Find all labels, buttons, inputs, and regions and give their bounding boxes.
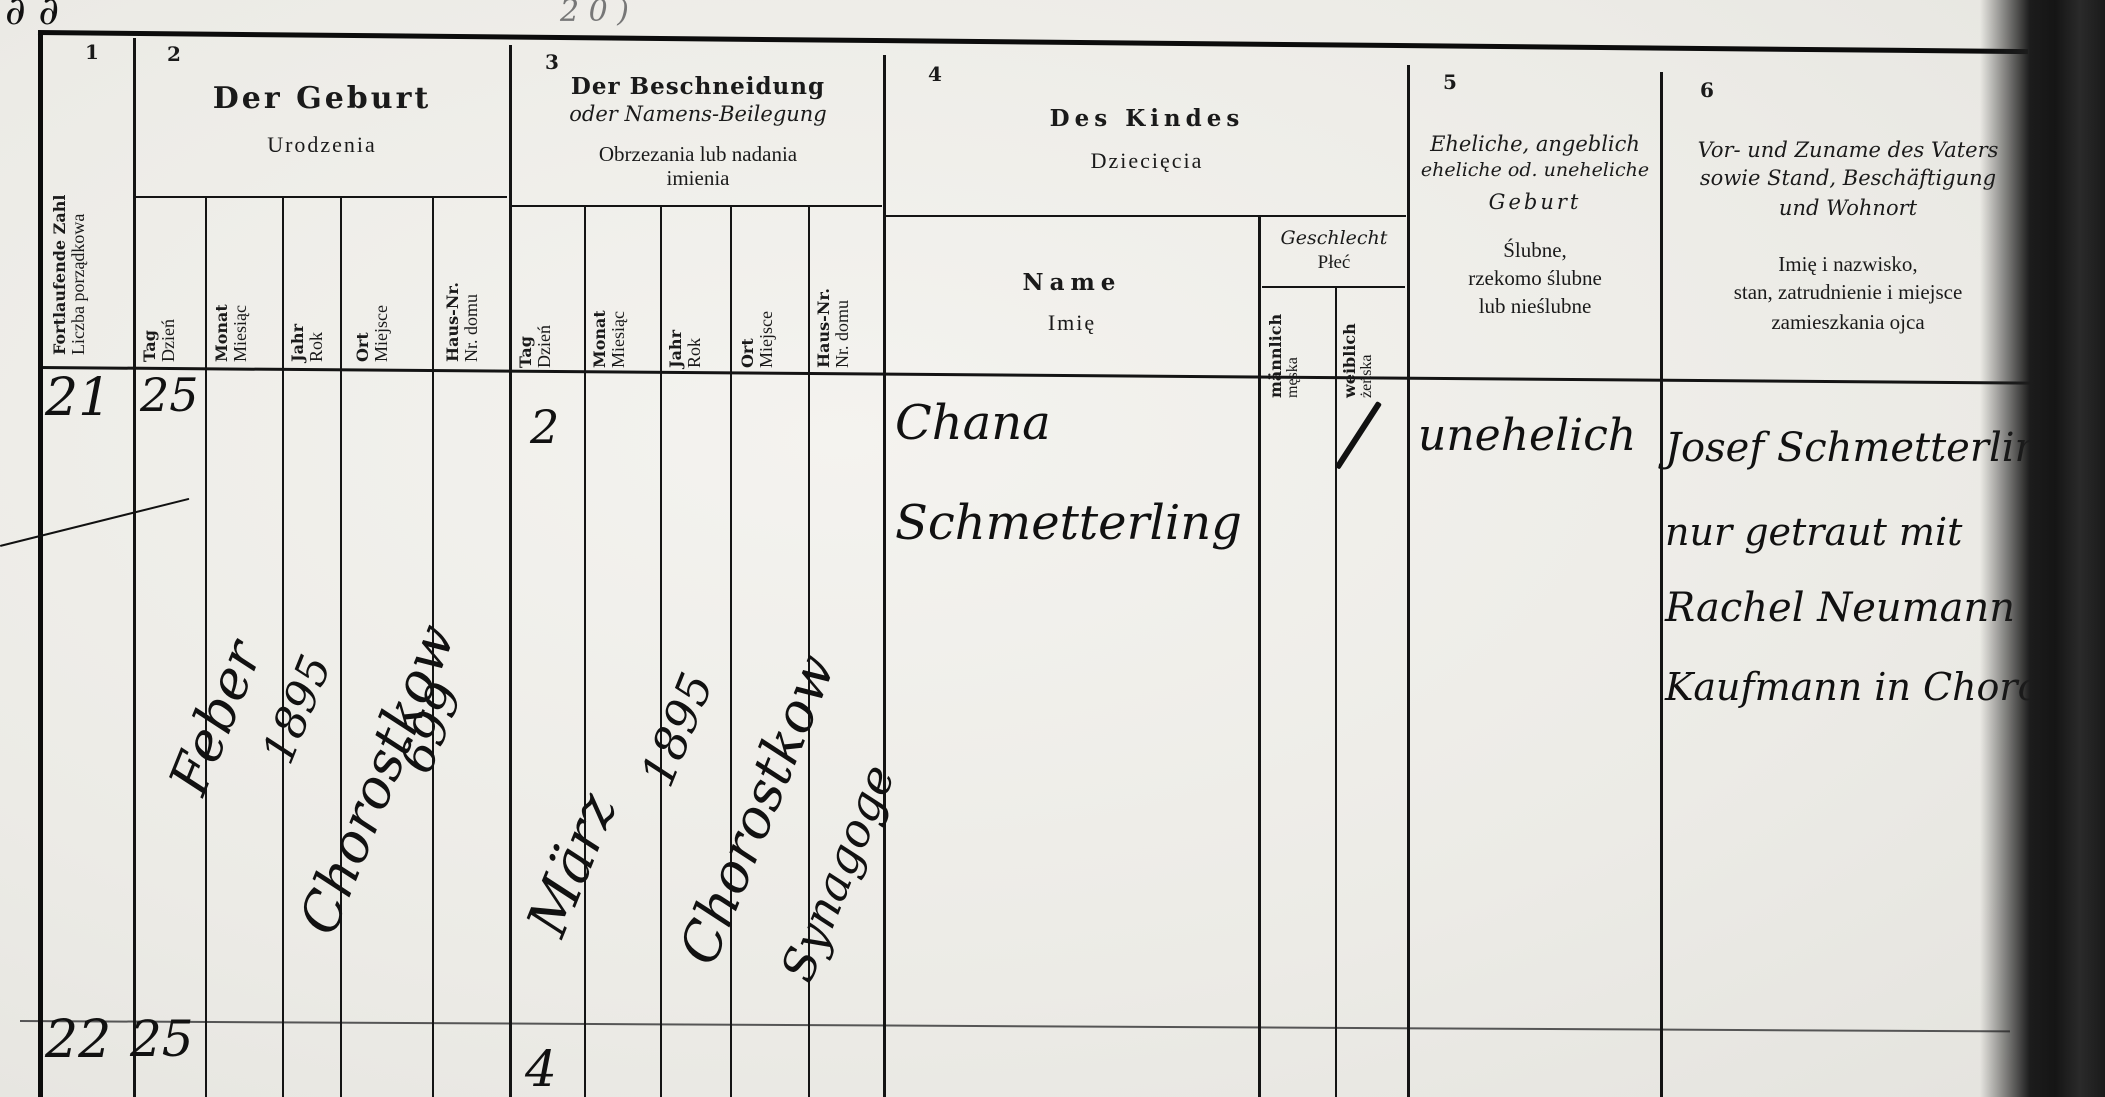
c2-sub-year: JahrRok — [290, 324, 326, 362]
female-header: weiblichżeńska — [1342, 323, 1376, 398]
c3-sub-month: MonatMiesiąc — [592, 310, 628, 368]
col3-subtitle-2: imienia — [512, 166, 884, 190]
col4-number: 4 — [928, 62, 942, 86]
col3-number: 3 — [545, 50, 559, 74]
col2-title: Der Geburt — [135, 82, 509, 117]
birth-day: 25 — [140, 368, 199, 422]
male-header: männlichmęska — [1268, 314, 1302, 398]
circumcision-day-2: 4 — [525, 1040, 557, 1097]
col6-polish-3: zamieszkania ojca — [1663, 310, 2033, 334]
col6-polish-1: Imię i nazwisko, — [1663, 252, 2033, 276]
c3-sub-divider — [730, 205, 732, 1097]
label: Haus-Nr. — [445, 282, 462, 362]
col6-german-3: und Wohnort — [1663, 196, 2033, 220]
label: weiblich — [1342, 323, 1359, 398]
c2-sub-place: OrtMiejsce — [355, 305, 391, 362]
c3-sub-place: OrtMiejsce — [740, 311, 776, 368]
label: Rok — [685, 330, 704, 368]
label: Miesiąc — [609, 310, 628, 368]
circumcision-year: 1895 — [630, 665, 724, 794]
c2-sub-day: TagDzień — [142, 319, 178, 362]
col4-title: Des Kindes — [886, 106, 1408, 132]
page-mark: 2 0 ) — [560, 0, 629, 29]
label: Ort — [355, 305, 372, 362]
label: Monat — [592, 310, 609, 368]
col6-german-2: sowie Stand, Beschäftigung — [1663, 166, 2033, 190]
c2-sub-house: Haus-Nr.Nr. domu — [445, 282, 481, 362]
col1-polish: Liczba porządkowa — [69, 195, 88, 355]
birth-day-2: 25 — [130, 1010, 194, 1068]
label: Ort — [740, 311, 757, 368]
label: żeńska — [1359, 323, 1376, 398]
label: Haus-Nr. — [816, 288, 833, 368]
label: Nr. domu — [462, 282, 481, 362]
sex-sub-divider — [1335, 286, 1337, 1097]
birth-month: Feber — [157, 632, 275, 803]
label: Tag — [518, 325, 535, 368]
col4-subtitle: Dziecięcia — [886, 148, 1408, 173]
c2-sub-month: MonatMiesiąc — [214, 304, 250, 362]
register-page: ∂ ∂ 2 0 ) 1 2 3 4 5 6 Fortlaufende Zahl … — [0, 0, 2105, 1097]
col3-divider — [883, 55, 886, 1097]
label: Dzień — [535, 325, 554, 368]
label: Nr. domu — [833, 288, 852, 368]
entry-number: 21 — [45, 368, 111, 428]
label: Monat — [214, 304, 231, 362]
col5-polish-2: rzekomo ślubne — [1410, 266, 1660, 290]
col5-polish-3: lub nieślubne — [1410, 294, 1660, 318]
col2-divider — [509, 45, 512, 1097]
label: Miejsce — [372, 305, 391, 362]
col5-german-3: Geburt — [1410, 190, 1660, 214]
col5-german-1: Eheliche, angeblich — [1410, 132, 1660, 156]
corner-scribble: ∂ ∂ — [5, 0, 59, 34]
name-header: Name — [886, 270, 1258, 296]
col1-header: Fortlaufende Zahl Liczba porządkowa — [52, 195, 88, 355]
col1-german: Fortlaufende Zahl — [52, 195, 69, 355]
name-sex-divider — [1258, 215, 1261, 1097]
label: męska — [1285, 314, 1302, 398]
label: männlich — [1268, 314, 1285, 398]
c3-sub-day: TagDzień — [518, 325, 554, 368]
col6-number: 6 — [1700, 78, 1714, 102]
label: Dzień — [159, 319, 178, 362]
left-border — [38, 32, 43, 1097]
legitimacy-value: unehelich — [1418, 410, 1636, 461]
entry-number-2: 22 — [45, 1010, 111, 1070]
header-bottom-border — [40, 366, 2030, 385]
female-mark — [1334, 401, 1382, 470]
col3-title: Der Beschneidung — [512, 74, 884, 100]
sex-subheader-line — [1262, 286, 1405, 288]
father-line-3: Rachel Neumann — [1665, 585, 2015, 631]
label: Miejsce — [757, 311, 776, 368]
sex-header-polish: Płeć — [1261, 252, 1407, 274]
col5-number: 5 — [1443, 70, 1457, 94]
label: Jahr — [290, 324, 307, 362]
row-divider — [20, 1020, 2010, 1032]
child-surname: Schmetterling — [895, 495, 1242, 551]
c3-sub-year: JahrRok — [668, 330, 704, 368]
label: Miesiąc — [231, 304, 250, 362]
col6-polish-2: stan, zatrudnienie i miejsce — [1663, 280, 2033, 304]
stray-line — [0, 498, 189, 547]
c3-sub-house: Haus-Nr.Nr. domu — [816, 288, 852, 368]
col5-german-2: eheliche od. uneheliche — [1410, 160, 1660, 182]
c3-subheader-line — [512, 205, 882, 207]
c4-subheader-line — [886, 215, 1406, 217]
col1-number: 1 — [85, 40, 99, 64]
child-first-name: Chana — [895, 395, 1051, 451]
c3-sub-divider — [660, 205, 662, 1097]
c2-subheader-line — [135, 196, 507, 198]
c2-sub-divider — [340, 196, 342, 1097]
label: Rok — [307, 324, 326, 362]
col5-polish-1: Ślubne, — [1410, 238, 1660, 262]
col3-title-2: oder Namens-Beilegung — [512, 102, 884, 126]
sex-header: Geschlecht — [1261, 228, 1407, 250]
col6-german-1: Vor- und Zuname des Vaters — [1663, 138, 2033, 162]
table-top-border — [38, 30, 2028, 54]
father-line-2: nur getraut mit — [1665, 510, 1962, 554]
c2-sub-divider — [282, 196, 284, 1097]
col4-divider — [1407, 65, 1410, 1097]
circumcision-day: 2 — [530, 400, 559, 454]
page-binding-shadow — [1980, 0, 2105, 1097]
col3-subtitle: Obrzezania lub nadania — [512, 142, 884, 166]
col5-divider — [1660, 72, 1663, 1097]
name-header-polish: Imię — [886, 310, 1258, 335]
col1-divider — [133, 38, 136, 1097]
c3-sub-divider — [584, 205, 586, 1097]
col2-number: 2 — [167, 42, 181, 66]
c2-sub-divider — [205, 196, 207, 1097]
label: Tag — [142, 319, 159, 362]
label: Jahr — [668, 330, 685, 368]
circumcision-month: März — [515, 784, 630, 945]
col2-subtitle: Urodzenia — [135, 132, 509, 157]
